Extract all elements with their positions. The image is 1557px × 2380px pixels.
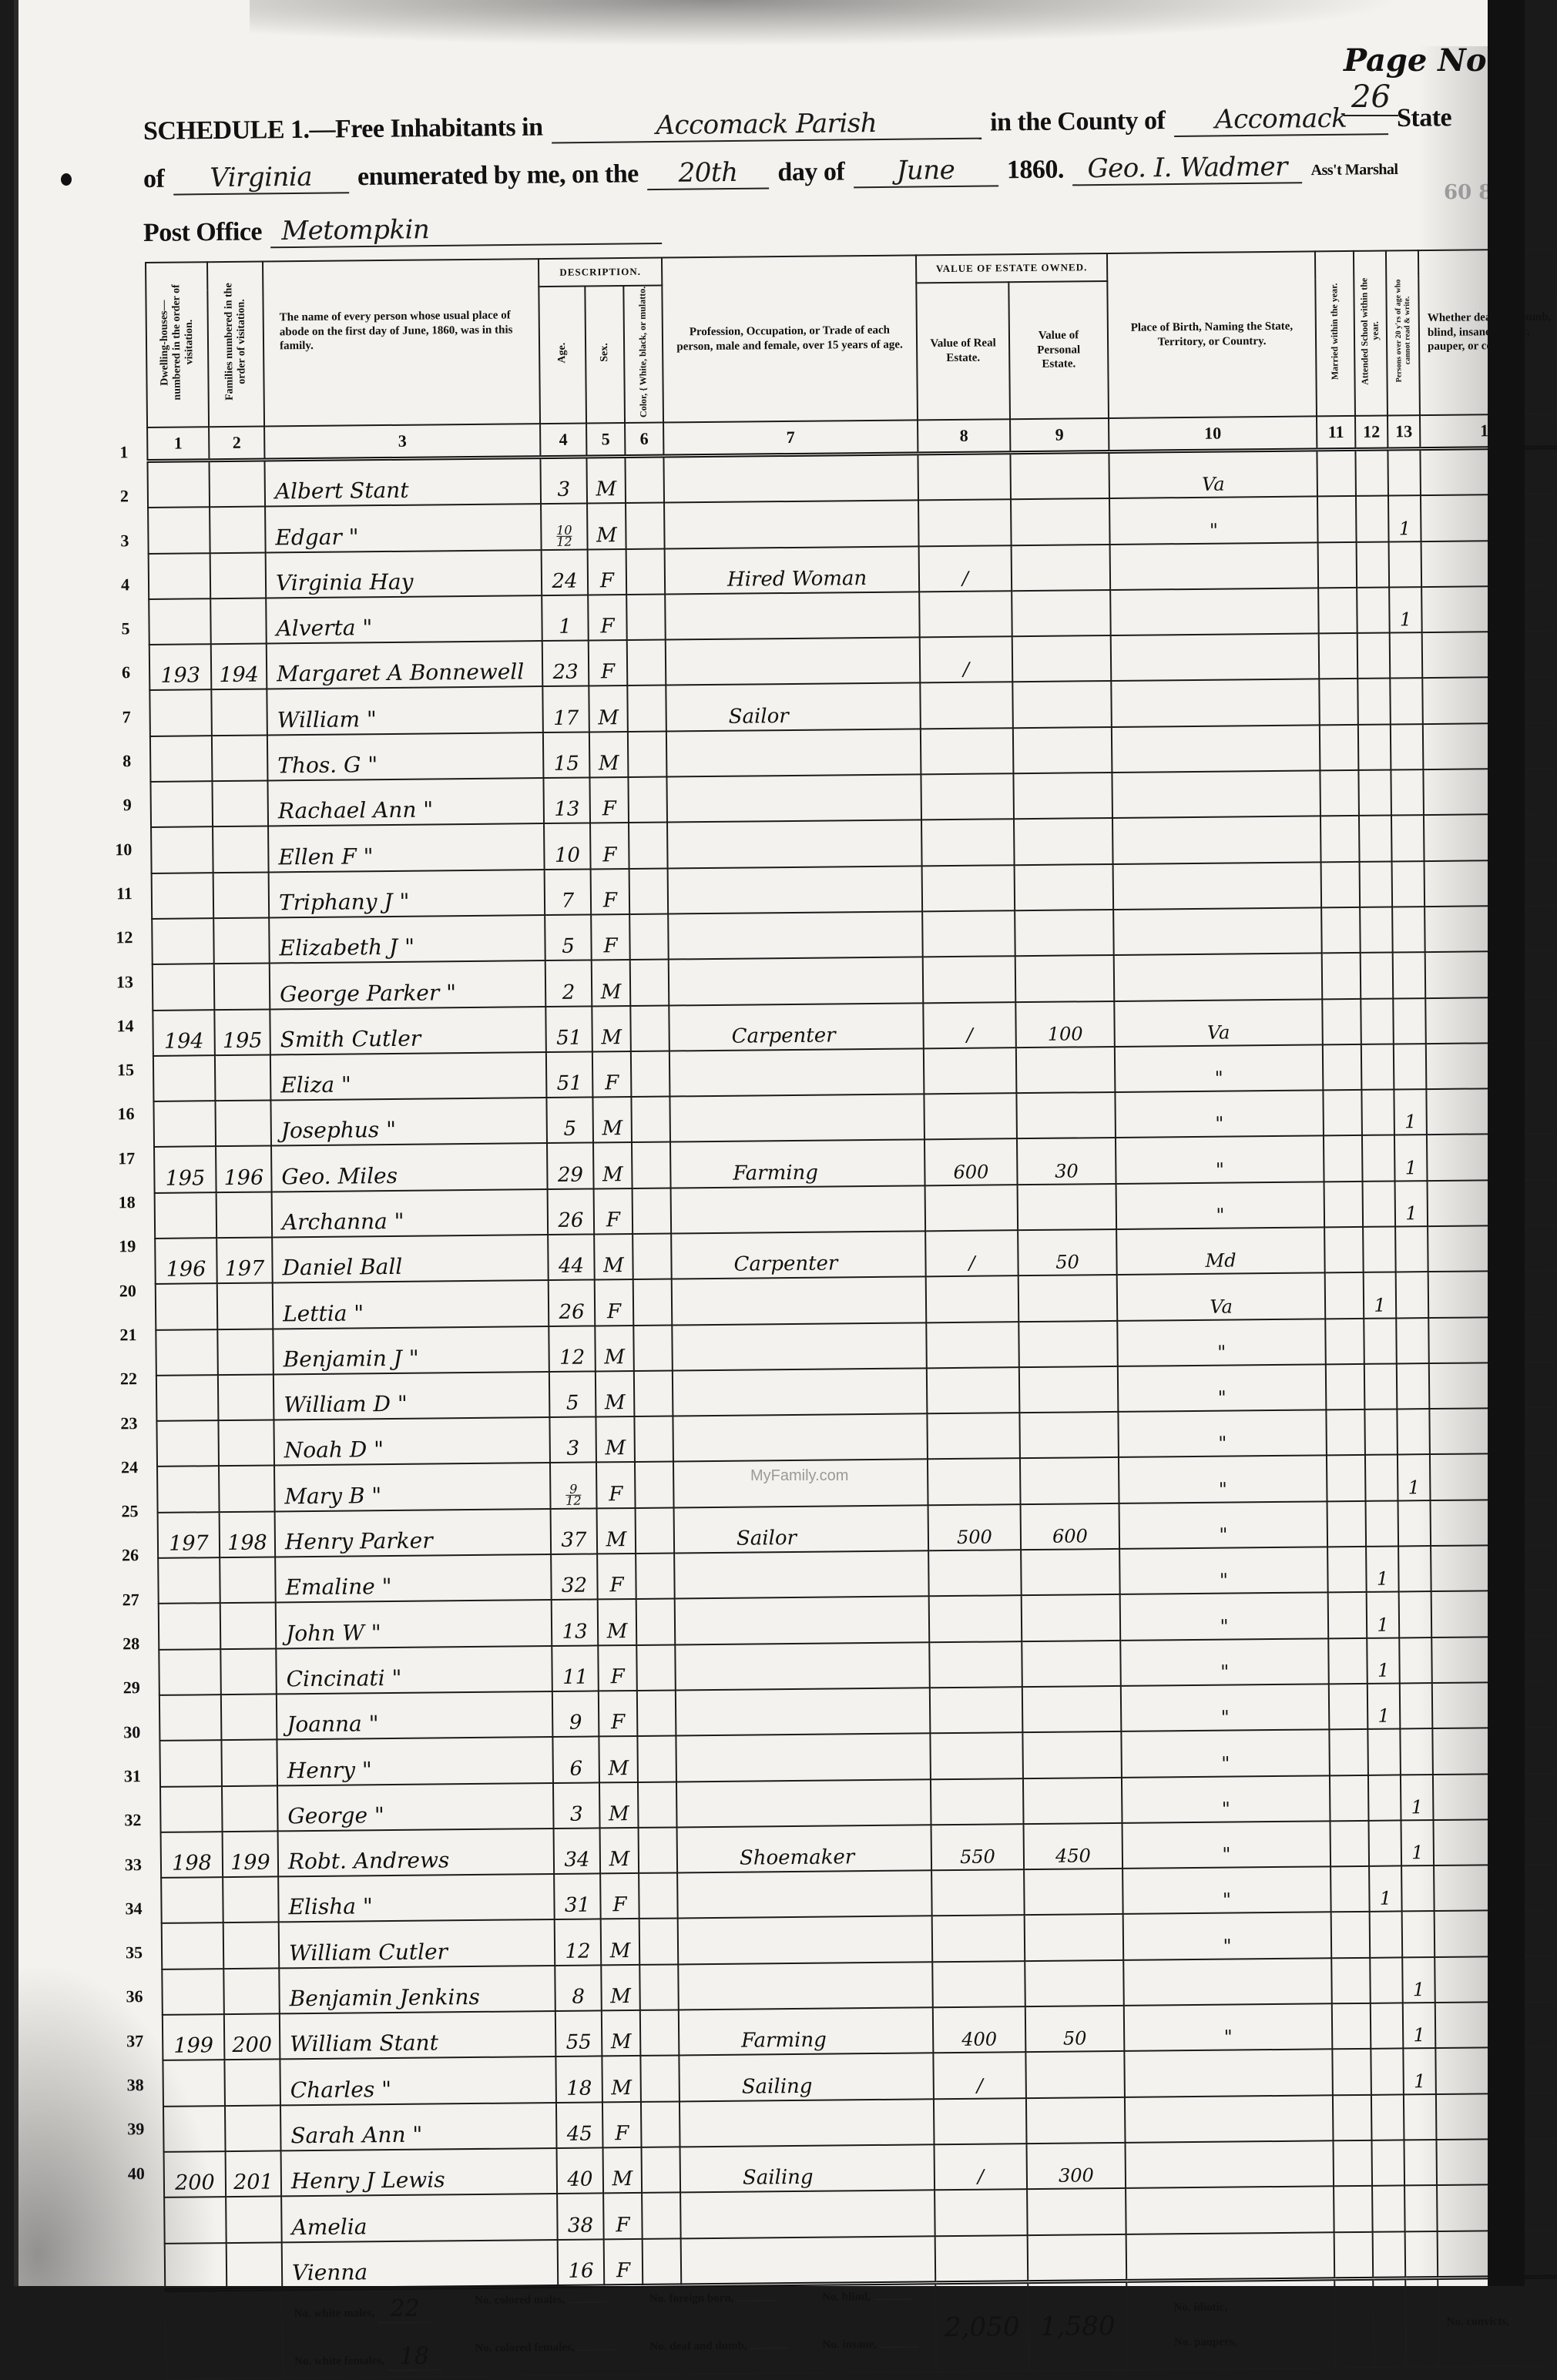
age: 55 bbox=[555, 2010, 602, 2057]
occupation: Hired Woman bbox=[665, 546, 920, 594]
cannot-read-write bbox=[1390, 632, 1423, 679]
cannot-read-write: 1 bbox=[1398, 1455, 1431, 1501]
dwelling-number bbox=[159, 1740, 222, 1786]
married bbox=[1323, 1044, 1362, 1091]
cannot-read-write bbox=[1404, 2140, 1437, 2186]
family-number bbox=[216, 1192, 273, 1238]
sex: F bbox=[589, 777, 629, 823]
person-name: Charles " bbox=[280, 2057, 556, 2105]
birthplace: " bbox=[1123, 1912, 1332, 1960]
estate-header: Value of Estate Owned. bbox=[916, 253, 1107, 283]
personal-estate-value bbox=[1018, 1184, 1117, 1231]
age: 34 bbox=[554, 1828, 601, 1874]
dwelling-number bbox=[159, 1694, 222, 1741]
attended-school bbox=[1363, 1226, 1396, 1272]
married bbox=[1325, 1318, 1364, 1364]
dwelling-number: 200 bbox=[164, 2151, 227, 2197]
real-estate-value bbox=[929, 1596, 1022, 1642]
line-number: 30 bbox=[109, 1710, 141, 1755]
married bbox=[1332, 2049, 1371, 2095]
sex: M bbox=[598, 1599, 637, 1645]
line-number: 29 bbox=[109, 1665, 140, 1710]
col-color-header: Color, { White, black, or mulatto. bbox=[623, 286, 663, 423]
personal-estate-value bbox=[1015, 910, 1114, 957]
real-estate-value bbox=[918, 499, 1012, 545]
dwelling-number bbox=[163, 2060, 225, 2106]
color bbox=[636, 1644, 676, 1691]
occupation: Sailing bbox=[680, 2144, 935, 2192]
sex: F bbox=[591, 914, 630, 960]
age: 15 bbox=[543, 732, 590, 778]
family-number bbox=[223, 1922, 280, 1969]
cannot-read-write bbox=[1400, 1683, 1433, 1729]
real-estate-value: 500 bbox=[928, 1504, 1022, 1550]
person-name: Elisha " bbox=[278, 1874, 555, 1922]
real-estate-value: 600 bbox=[924, 1139, 1018, 1185]
column-number: 13 bbox=[1388, 415, 1420, 449]
sex: M bbox=[602, 2010, 641, 2057]
real-estate-value: / bbox=[920, 636, 1013, 682]
line-number: 39 bbox=[113, 2107, 145, 2151]
attended-school bbox=[1355, 449, 1388, 496]
personal-estate-value: 300 bbox=[1027, 2143, 1126, 2190]
color bbox=[636, 1599, 676, 1645]
dwelling-number bbox=[162, 1969, 224, 2015]
cannot-read-write bbox=[1392, 861, 1425, 907]
family-number bbox=[221, 1740, 277, 1786]
family-number: 198 bbox=[220, 1511, 276, 1557]
line-numbers: 1234567891011121314151617181920212223242… bbox=[97, 430, 145, 2195]
family-number bbox=[211, 689, 267, 736]
occupation: Sailing bbox=[679, 2053, 934, 2101]
personal-estate-value bbox=[1010, 451, 1109, 499]
birthplace: " bbox=[1120, 1593, 1329, 1641]
family-number bbox=[219, 1466, 275, 1512]
personal-estate-value: 50 bbox=[1018, 1229, 1117, 1276]
real-estate-value bbox=[930, 1732, 1023, 1778]
real-estate-value bbox=[921, 728, 1014, 774]
color bbox=[634, 1370, 673, 1416]
family-number bbox=[213, 826, 269, 873]
birthplace: Va bbox=[1114, 999, 1323, 1047]
attended-school bbox=[1357, 679, 1391, 725]
married bbox=[1330, 1775, 1369, 1821]
cannot-read-write: 1 bbox=[1403, 2048, 1436, 2094]
column-number: 5 bbox=[586, 423, 625, 457]
dwelling-number bbox=[165, 2243, 227, 2286]
dwelling-number bbox=[156, 1329, 218, 1376]
married bbox=[1322, 953, 1361, 999]
family-number: 200 bbox=[224, 2013, 280, 2060]
family-number bbox=[213, 872, 270, 918]
real-estate-value bbox=[931, 1869, 1025, 1916]
occupation bbox=[668, 866, 923, 913]
line-number: 32 bbox=[110, 1798, 142, 1842]
line-number: 3 bbox=[98, 518, 129, 563]
family-number bbox=[226, 2197, 282, 2243]
real-estate-value bbox=[918, 453, 1011, 501]
age: 13 bbox=[552, 1600, 599, 1646]
birthplace: Va bbox=[1117, 1273, 1326, 1321]
dwelling-number: 195 bbox=[154, 1147, 216, 1193]
line-number: 22 bbox=[106, 1356, 138, 1401]
person-name: Virginia Hay bbox=[266, 550, 542, 598]
married bbox=[1317, 496, 1357, 542]
birthplace bbox=[1126, 2187, 1334, 2234]
dwelling-number bbox=[164, 2197, 227, 2243]
line-number: 26 bbox=[108, 1534, 139, 1578]
sex: F bbox=[597, 1554, 636, 1600]
cannot-read-write: 1 bbox=[1401, 1820, 1435, 1866]
real-estate-value bbox=[935, 2235, 1028, 2283]
real-estate-value: / bbox=[923, 1002, 1016, 1048]
family-number bbox=[217, 1283, 273, 1329]
cannot-read-write bbox=[1404, 2185, 1438, 2231]
occupation bbox=[675, 1642, 930, 1690]
family-number bbox=[220, 1648, 277, 1694]
married bbox=[1326, 1364, 1365, 1410]
person-name: Triphany J " bbox=[269, 870, 545, 918]
line-number: 5 bbox=[99, 606, 130, 651]
line-number: 28 bbox=[109, 1621, 140, 1666]
color bbox=[627, 686, 666, 732]
person-name: Sarah Ann " bbox=[280, 2103, 557, 2151]
attended-school bbox=[1372, 2186, 1405, 2232]
age: 3 bbox=[540, 457, 587, 504]
age: 912 bbox=[550, 1463, 597, 1509]
married bbox=[1318, 541, 1357, 588]
birthplace bbox=[1111, 679, 1320, 727]
attended-school: 1 bbox=[1366, 1547, 1399, 1593]
birthplace: " bbox=[1115, 1090, 1324, 1138]
attended-school bbox=[1368, 1775, 1401, 1821]
occupation bbox=[667, 820, 922, 868]
birthplace bbox=[1111, 634, 1320, 682]
person-name: Geo. Miles bbox=[271, 1143, 548, 1192]
personal-estate-value: 600 bbox=[1021, 1503, 1120, 1550]
dwelling-number bbox=[151, 827, 213, 873]
age: 45 bbox=[556, 2102, 603, 2148]
family-number: 194 bbox=[211, 644, 267, 690]
occupation bbox=[673, 1413, 928, 1461]
line-number: 31 bbox=[110, 1754, 142, 1798]
real-estate-value: / bbox=[919, 545, 1012, 592]
attended-school bbox=[1373, 2231, 1406, 2278]
personal-estate-value bbox=[1012, 681, 1112, 728]
family-number bbox=[224, 2060, 280, 2106]
sex: M bbox=[595, 1326, 634, 1372]
cannot-read-write bbox=[1396, 1318, 1429, 1364]
age: 8 bbox=[555, 1965, 602, 2011]
sex: F bbox=[595, 1279, 634, 1326]
birthplace: " bbox=[1117, 1319, 1326, 1366]
birthplace: " bbox=[1119, 1456, 1327, 1503]
personal-estate-value bbox=[1026, 2097, 1126, 2144]
attended-school bbox=[1360, 907, 1393, 953]
line-number: 17 bbox=[104, 1136, 136, 1181]
color bbox=[633, 1233, 672, 1279]
married bbox=[1334, 2231, 1374, 2278]
person-name: Benjamin Jenkins bbox=[279, 1966, 555, 2014]
age: 26 bbox=[549, 1280, 596, 1326]
sex: F bbox=[598, 1645, 637, 1691]
column-number: 6 bbox=[625, 422, 663, 456]
attended-school bbox=[1360, 861, 1393, 907]
sex: M bbox=[592, 960, 631, 1006]
occupation bbox=[674, 1550, 929, 1598]
color bbox=[639, 1873, 678, 1919]
attended-school bbox=[1370, 1957, 1403, 2003]
sex: F bbox=[604, 2238, 643, 2285]
personal-estate-value bbox=[1015, 955, 1115, 1002]
birthplace bbox=[1113, 862, 1322, 910]
age: 3 bbox=[553, 1782, 600, 1829]
age: 18 bbox=[555, 2057, 602, 2103]
real-estate-value bbox=[928, 1550, 1022, 1596]
sex: M bbox=[603, 2147, 643, 2194]
person-name: Smith Cutler bbox=[270, 1007, 546, 1055]
sex: F bbox=[596, 1462, 636, 1508]
color bbox=[630, 960, 669, 1006]
dwelling-number bbox=[150, 781, 213, 827]
cannot-read-write bbox=[1398, 1546, 1431, 1592]
line-number: 21 bbox=[106, 1312, 137, 1357]
color bbox=[626, 503, 665, 549]
real-estate-value: / bbox=[925, 1230, 1018, 1276]
married bbox=[1321, 862, 1361, 908]
sex: F bbox=[591, 869, 630, 915]
real-estate-value bbox=[927, 1367, 1020, 1413]
cannot-read-write: 1 bbox=[1402, 1957, 1435, 2003]
married bbox=[1329, 1684, 1368, 1730]
dwelling-number: 199 bbox=[163, 2014, 225, 2060]
color bbox=[636, 1507, 675, 1554]
person-name: William Cutler bbox=[279, 1919, 555, 1968]
line-number: 36 bbox=[112, 1975, 143, 2020]
cannot-read-write bbox=[1400, 1728, 1433, 1775]
married bbox=[1334, 2186, 1373, 2232]
cannot-read-write bbox=[1392, 907, 1425, 953]
age: 1 bbox=[542, 595, 589, 641]
age: 38 bbox=[557, 2194, 604, 2240]
married bbox=[1334, 2140, 1373, 2187]
line-number: 25 bbox=[107, 1489, 139, 1534]
person-name: Alverta " bbox=[266, 595, 542, 644]
line-number: 18 bbox=[104, 1180, 136, 1225]
age: 31 bbox=[554, 1874, 601, 1920]
dwelling-number bbox=[148, 507, 210, 553]
col-birthplace-header: Place of Birth, Naming the State, Territ… bbox=[1107, 251, 1317, 418]
col-family-header: Families numbered in the order of visita… bbox=[207, 262, 264, 427]
personal-estate-value bbox=[1018, 1321, 1118, 1368]
attended-school bbox=[1358, 724, 1391, 770]
married bbox=[1326, 1410, 1365, 1456]
column-number: 4 bbox=[540, 423, 586, 457]
personal-estate-value bbox=[1028, 2234, 1127, 2281]
occupation bbox=[665, 592, 920, 639]
real-estate-value bbox=[928, 1459, 1021, 1505]
sex: F bbox=[592, 1051, 632, 1098]
dwelling-number bbox=[149, 690, 212, 736]
color bbox=[635, 1462, 674, 1508]
age: 26 bbox=[548, 1188, 595, 1235]
person-name: Amelia bbox=[281, 2194, 558, 2242]
dwelling-number bbox=[156, 1283, 218, 1329]
person-name: Edgar " bbox=[265, 504, 542, 552]
attended-school: 1 bbox=[1367, 1683, 1401, 1729]
age: 51 bbox=[545, 1006, 592, 1052]
census-page: Page No. 26 SCHEDULE 1.—Free Inhabitants… bbox=[14, 0, 1525, 2286]
col-married-header: Married within the year. bbox=[1315, 251, 1355, 416]
personal-estate-value bbox=[1011, 498, 1110, 545]
line-number: 19 bbox=[105, 1225, 136, 1269]
birthplace: " bbox=[1119, 1547, 1328, 1594]
attended-school bbox=[1356, 496, 1389, 542]
cannot-read-write bbox=[1391, 769, 1424, 816]
occupation bbox=[678, 1916, 933, 1964]
person-name: Cincinati " bbox=[276, 1646, 552, 1694]
line-number: 38 bbox=[112, 2063, 144, 2107]
personal-estate-value bbox=[1022, 1594, 1121, 1641]
color bbox=[633, 1325, 673, 1371]
color bbox=[629, 823, 668, 869]
married bbox=[1318, 588, 1357, 634]
sex: F bbox=[603, 2193, 643, 2239]
real-estate-value bbox=[932, 1961, 1025, 2007]
person-name: Joanna " bbox=[277, 1691, 553, 1740]
age: 16 bbox=[558, 2239, 605, 2286]
real-estate-value bbox=[926, 1275, 1019, 1322]
age: 44 bbox=[548, 1234, 595, 1280]
cannot-read-write bbox=[1402, 1911, 1435, 1957]
sex: M bbox=[599, 1782, 639, 1828]
person-name: Rachael Ann " bbox=[267, 778, 544, 826]
occupation bbox=[673, 1368, 928, 1416]
personal-estate-value bbox=[1024, 1869, 1123, 1916]
dwelling-number: 198 bbox=[161, 1832, 223, 1878]
color bbox=[629, 913, 669, 960]
age: 32 bbox=[551, 1554, 598, 1601]
occupation bbox=[680, 2099, 935, 2147]
family-number bbox=[215, 1054, 271, 1101]
sex: M bbox=[599, 1736, 638, 1782]
occupation bbox=[677, 1870, 932, 1918]
married bbox=[1333, 2094, 1372, 2140]
age: 5 bbox=[545, 914, 592, 960]
cannot-read-write: 1 bbox=[1394, 1135, 1428, 1181]
birthplace: " bbox=[1122, 1866, 1331, 1914]
line-number: 4 bbox=[99, 562, 130, 607]
attended-school bbox=[1357, 633, 1391, 679]
color bbox=[625, 456, 664, 503]
line-number: 35 bbox=[112, 1930, 143, 1975]
occupation bbox=[663, 454, 918, 503]
birthplace: " bbox=[1121, 1730, 1330, 1778]
family-number bbox=[213, 917, 270, 964]
attended-school bbox=[1357, 541, 1390, 588]
color bbox=[636, 1554, 675, 1600]
cannot-read-write bbox=[1404, 2094, 1437, 2140]
attended-school bbox=[1361, 1044, 1394, 1090]
family-number: 199 bbox=[223, 1831, 279, 1877]
occupation bbox=[669, 1094, 924, 1141]
personal-estate-value bbox=[1016, 1047, 1116, 1094]
sex: M bbox=[601, 1965, 640, 2011]
column-number: 9 bbox=[1010, 418, 1109, 453]
real-estate-value bbox=[920, 682, 1013, 729]
attended-school: 1 bbox=[1367, 1638, 1400, 1684]
attended-school bbox=[1363, 1181, 1396, 1227]
person-name: William D " bbox=[273, 1372, 550, 1420]
married bbox=[1320, 816, 1360, 862]
color bbox=[639, 1919, 679, 1965]
personal-estate-value bbox=[1019, 1366, 1119, 1413]
birthplace: " bbox=[1115, 1044, 1324, 1092]
occupation: Sailor bbox=[674, 1505, 929, 1553]
family-number bbox=[209, 460, 265, 507]
occupation bbox=[666, 637, 921, 685]
stain bbox=[250, 0, 1405, 46]
birthplace bbox=[1126, 2232, 1335, 2281]
column-number: 12 bbox=[1355, 415, 1388, 449]
dwelling-number bbox=[147, 461, 210, 508]
married bbox=[1319, 633, 1358, 679]
line-number: 15 bbox=[103, 1048, 135, 1092]
attended-school bbox=[1364, 1410, 1398, 1456]
person-name: Robt. Andrews bbox=[278, 1829, 555, 1877]
real-estate-value: 400 bbox=[933, 2006, 1026, 2053]
age: 9 bbox=[552, 1691, 599, 1737]
color bbox=[629, 868, 669, 914]
married bbox=[1317, 449, 1356, 496]
personal-estate-value bbox=[1014, 818, 1113, 865]
dwelling-number bbox=[157, 1467, 220, 1513]
birthplace: " bbox=[1118, 1364, 1327, 1412]
day-field: 20th bbox=[647, 156, 769, 190]
occupation bbox=[666, 729, 921, 776]
line-number: 16 bbox=[103, 1092, 135, 1137]
real-estate-value bbox=[925, 1185, 1018, 1231]
real-estate-value bbox=[931, 1778, 1024, 1825]
person-name: Henry J Lewis bbox=[281, 2148, 558, 2197]
personal-estate-value bbox=[1021, 1549, 1120, 1596]
real-estate-value: 550 bbox=[931, 1824, 1025, 1870]
family-number bbox=[225, 2105, 281, 2151]
family-number bbox=[210, 507, 266, 553]
personal-estate-value bbox=[1013, 727, 1112, 774]
dwelling-number: 197 bbox=[158, 1512, 220, 1558]
person-name: Lettia " bbox=[273, 1280, 549, 1329]
color bbox=[628, 777, 667, 823]
birthplace: " bbox=[1122, 1821, 1331, 1869]
cannot-read-write: 1 bbox=[1403, 2003, 1436, 2049]
age: 29 bbox=[547, 1143, 594, 1189]
person-name: Daniel Ball bbox=[272, 1235, 549, 1283]
cannot-read-write: 1 bbox=[1389, 587, 1422, 633]
person-name: Emaline " bbox=[275, 1554, 552, 1603]
color bbox=[632, 1142, 671, 1188]
sex: F bbox=[599, 1691, 638, 1737]
sex: F bbox=[602, 2102, 642, 2148]
real-estate-total: 2,050 bbox=[935, 2281, 1028, 2286]
person-name: Mary B " bbox=[274, 1463, 551, 1511]
married bbox=[1322, 998, 1361, 1044]
sex: M bbox=[596, 1371, 635, 1417]
family-number bbox=[215, 1101, 271, 1147]
scan-edge bbox=[1488, 0, 1525, 2286]
attended-school bbox=[1362, 1135, 1395, 1182]
person-name: Elizabeth J " bbox=[269, 915, 545, 964]
